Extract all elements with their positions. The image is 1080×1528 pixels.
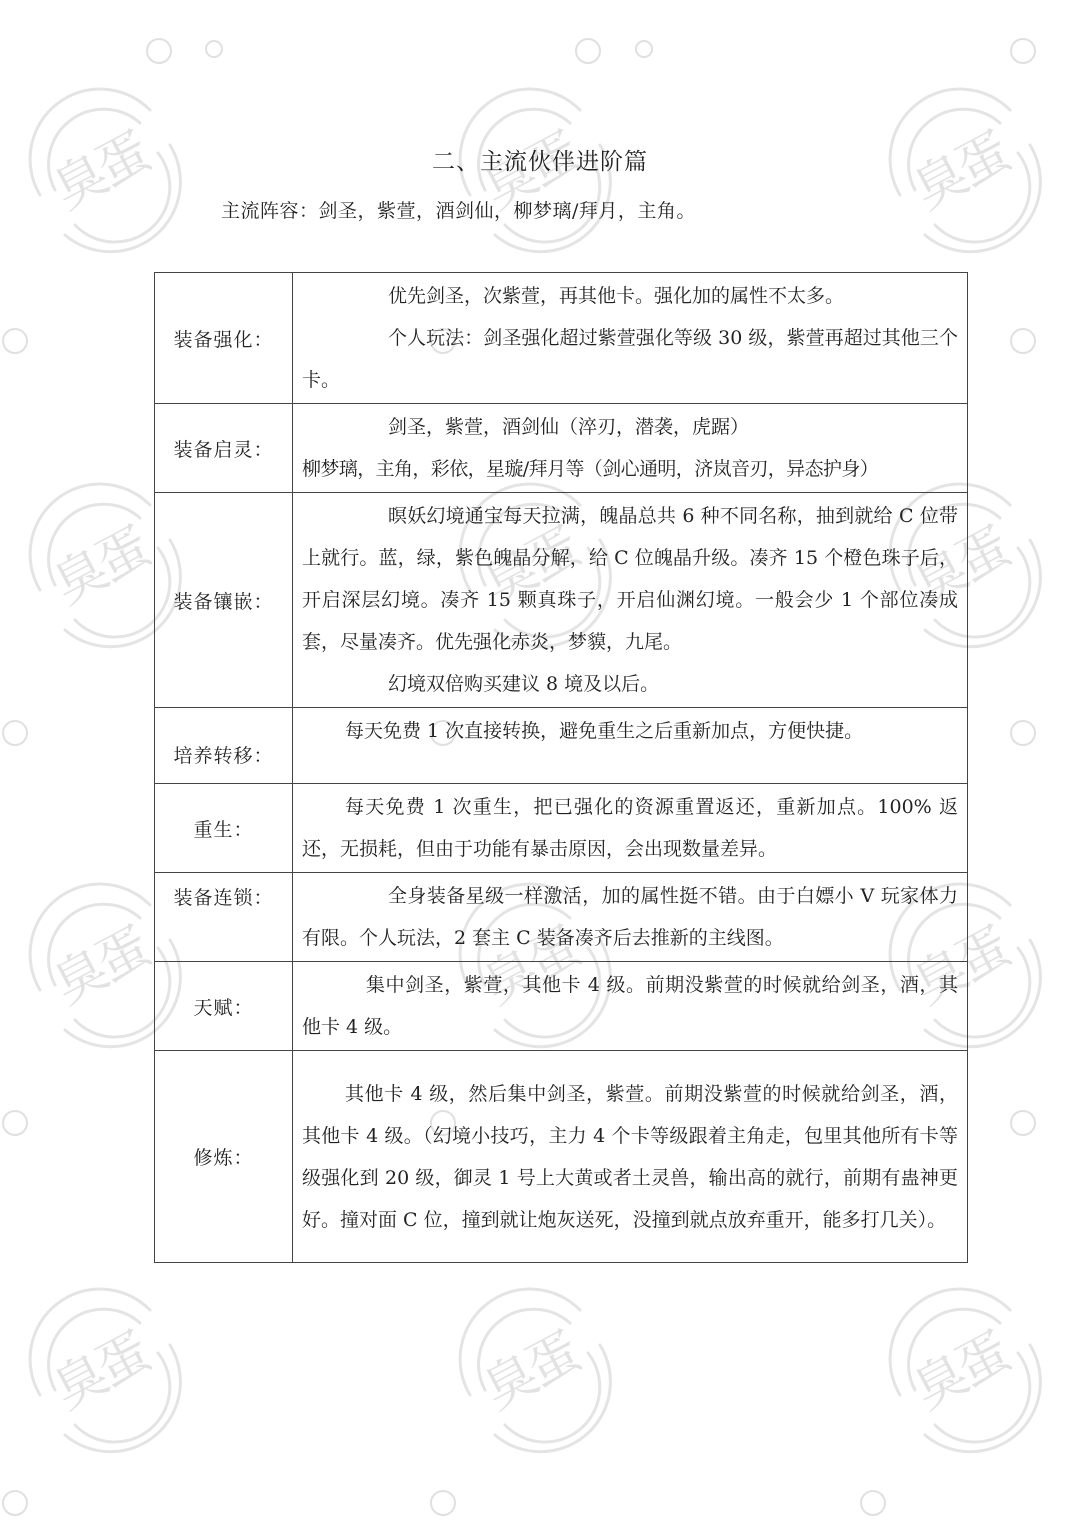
row-content: 暝妖幻境通宝每天拉满，魄晶总共 6 种不同名称，抽到就给 C 位带上就行。蓝，绿…	[293, 493, 968, 708]
watermark-dot	[430, 1490, 456, 1516]
table-row: 装备镶嵌： 暝妖幻境通宝每天拉满，魄晶总共 6 种不同名称，抽到就给 C 位带上…	[155, 493, 968, 708]
paragraph: 幻境双倍购买建议 8 境及以后。	[302, 663, 958, 705]
paragraph: 个人玩法：剑圣强化超过紫萱强化等级 30 级，紫萱再超过其他三个卡。	[302, 317, 958, 401]
paragraph: 全身装备星级一样激活，加的属性挺不错。由于白嫖小 V 玩家体力有限。个人玩法，2…	[302, 875, 958, 959]
watermark-stamp: 臭蛋	[450, 1285, 620, 1455]
row-content: 每天免费 1 次直接转换，避免重生之后重新加点，方便快捷。	[293, 708, 968, 784]
row-label: 天赋：	[155, 962, 293, 1051]
watermark-text: 臭蛋	[468, 1312, 588, 1423]
watermark-stamp: 臭蛋	[880, 1285, 1050, 1455]
table-row: 重生： 每天免费 1 次重生，把已强化的资源重置返还，重新加点。100% 返还，…	[155, 784, 968, 873]
watermark-text: 臭蛋	[38, 1312, 158, 1423]
table-row: 培养转移： 每天免费 1 次直接转换，避免重生之后重新加点，方便快捷。	[155, 708, 968, 784]
watermark-dot	[2, 1110, 28, 1136]
paragraph: 每天免费 1 次重生，把已强化的资源重置返还，重新加点。100% 返还，无损耗，…	[302, 786, 958, 870]
row-label: 装备镶嵌：	[155, 493, 293, 708]
paragraph: 集中剑圣，紫萱，其他卡 4 级。前期没紫萱的时候就给剑圣，酒，其他卡 4 级。	[302, 964, 958, 1048]
paragraph: 优先剑圣，次紫萱，再其他卡。强化加的属性不太多。	[302, 275, 958, 317]
row-label: 装备启灵：	[155, 404, 293, 493]
watermark-dot	[860, 1490, 886, 1516]
advancement-table: 装备强化： 优先剑圣，次紫萱，再其他卡。强化加的属性不太多。 个人玩法：剑圣强化…	[154, 272, 968, 1263]
watermark-text: 臭蛋	[898, 1312, 1018, 1423]
row-content: 剑圣，紫萱，酒剑仙（淬刃，潜袭，虎踞） 柳梦璃，主角，彩依，星璇/拜月等（剑心通…	[293, 404, 968, 493]
lineup-text: 主流阵容：剑圣，紫萱，酒剑仙，柳梦璃/拜月，主角。	[221, 196, 696, 223]
watermark-dot	[635, 40, 653, 58]
watermark-dot	[1010, 38, 1036, 64]
watermark-dot	[1010, 1110, 1036, 1136]
paragraph: 剑圣，紫萱，酒剑仙（淬刃，潜袭，虎踞）	[302, 406, 958, 448]
watermark-dot	[205, 40, 223, 58]
row-content: 全身装备星级一样激活，加的属性挺不错。由于白嫖小 V 玩家体力有限。个人玩法，2…	[293, 873, 968, 962]
table-row: 装备强化： 优先剑圣，次紫萱，再其他卡。强化加的属性不太多。 个人玩法：剑圣强化…	[155, 273, 968, 404]
row-label: 装备强化：	[155, 273, 293, 404]
watermark-dot	[2, 1490, 28, 1516]
row-content: 其他卡 4 级，然后集中剑圣，紫萱。前期没紫萱的时候就给剑圣，酒，其他卡 4 级…	[293, 1051, 968, 1263]
watermark-dot	[1010, 720, 1036, 746]
watermark-dot	[2, 328, 28, 354]
watermark-dot	[575, 38, 601, 64]
table-row: 修炼： 其他卡 4 级，然后集中剑圣，紫萱。前期没紫萱的时候就给剑圣，酒，其他卡…	[155, 1051, 968, 1263]
row-label: 修炼：	[155, 1051, 293, 1263]
paragraph: 其他卡 4 级，然后集中剑圣，紫萱。前期没紫萱的时候就给剑圣，酒，其他卡 4 级…	[302, 1073, 958, 1241]
table-row: 装备启灵： 剑圣，紫萱，酒剑仙（淬刃，潜袭，虎踞） 柳梦璃，主角，彩依，星璇/拜…	[155, 404, 968, 493]
watermark-dot	[2, 720, 28, 746]
watermark-text: 臭蛋	[38, 507, 158, 618]
watermark-dot	[146, 38, 172, 64]
watermark-stamp: 臭蛋	[20, 1285, 190, 1455]
paragraph: 暝妖幻境通宝每天拉满，魄晶总共 6 种不同名称，抽到就给 C 位带上就行。蓝，绿…	[302, 495, 958, 663]
table-row: 装备连锁： 全身装备星级一样激活，加的属性挺不错。由于白嫖小 V 玩家体力有限。…	[155, 873, 968, 962]
row-label: 培养转移：	[155, 708, 293, 784]
watermark-text: 臭蛋	[38, 907, 158, 1018]
row-label: 重生：	[155, 784, 293, 873]
paragraph: 柳梦璃，主角，彩依，星璇/拜月等（剑心通明，济岚音刃，异态护身）	[302, 448, 958, 490]
paragraph: 每天免费 1 次直接转换，避免重生之后重新加点，方便快捷。	[302, 710, 958, 752]
row-label: 装备连锁：	[155, 873, 293, 962]
section-title: 二、主流伙伴进阶篇	[0, 143, 1080, 176]
row-content: 优先剑圣，次紫萱，再其他卡。强化加的属性不太多。 个人玩法：剑圣强化超过紫萱强化…	[293, 273, 968, 404]
table-row: 天赋： 集中剑圣，紫萱，其他卡 4 级。前期没紫萱的时候就给剑圣，酒，其他卡 4…	[155, 962, 968, 1051]
watermark-dot	[1010, 328, 1036, 354]
row-content: 每天免费 1 次重生，把已强化的资源重置返还，重新加点。100% 返还，无损耗，…	[293, 784, 968, 873]
row-content: 集中剑圣，紫萱，其他卡 4 级。前期没紫萱的时候就给剑圣，酒，其他卡 4 级。	[293, 962, 968, 1051]
